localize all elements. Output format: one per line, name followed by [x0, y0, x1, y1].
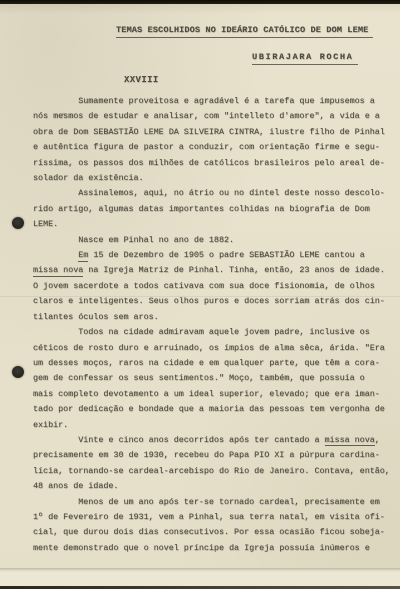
text-line: um desses moços, raros na cidade e em qu…	[33, 356, 400, 371]
text-line: mais completo devotamento a um ideal sup…	[33, 387, 400, 402]
paper-speck	[62, 113, 65, 115]
text-line: e autêntica figura de pastor a conduzir,…	[33, 140, 400, 155]
text-line: tado por dedicação e bondade que a maior…	[33, 402, 400, 417]
scanned-page: TEMAS ESCOLHIDOS NO IDEÁRIO CATÓLICO DE …	[0, 0, 400, 589]
text-line: obra de Dom SEBASTIÃO LEME DA SILVEIRA C…	[33, 125, 400, 140]
document-title: TEMAS ESCOLHIDOS NO IDEÁRIO CATÓLICO DE …	[116, 25, 373, 35]
text-line: solador da existência.	[33, 171, 400, 186]
punch-hole-bottom	[12, 366, 24, 378]
text-line: céticos de rosto duro e arruinado, os ím…	[33, 341, 400, 356]
punch-hole-top	[12, 217, 24, 229]
text-line: Assinalemos, aqui, no átrio ou no dintel…	[33, 186, 400, 201]
text-line: 1º de Fevereiro de 1931, vem a Pinhal, s…	[33, 510, 400, 525]
text-line: mente demonstrado que o novel príncipe d…	[33, 541, 400, 556]
text-line: Sumamente proveitosa e agradável é a tar…	[33, 94, 400, 109]
text-line: cial, que durou dois dias consecutivos. …	[33, 525, 400, 540]
text-line: 48 anos de idade.	[33, 479, 400, 494]
text-line: ríssima, os passos dos milhões de católi…	[33, 156, 400, 171]
text-line: rido artigo, algumas datas importantes c…	[33, 202, 400, 217]
text-line: lícia, tornando-se cardeal-arcebispo do …	[33, 464, 400, 479]
text-line: Nasce em Pinhal no ano de 1882.	[33, 233, 400, 248]
text-line: gem de confessar os seus sentimentos." M…	[33, 371, 400, 386]
text-line: Vinte e cinco anos decorridos após ter c…	[33, 433, 400, 448]
page-top-edge	[0, 0, 400, 4]
chapter-number: XXVIII	[124, 75, 159, 85]
text-line: tilantes óculos sem aros.	[33, 310, 400, 325]
paper-crease	[0, 296, 400, 298]
text-line: O jovem sacerdote a todos cativava com s…	[33, 279, 400, 294]
text-line: exibir.	[33, 418, 400, 433]
text-line: nós mesmos de estudar e analisar, com "i…	[33, 109, 400, 124]
text-line: precisamente em 30 de 1930, recebeu do P…	[33, 448, 400, 463]
document-author: UBIRAJARA ROCHA	[252, 52, 358, 62]
text-line: Todos na cidade admiravam aquele jovem p…	[33, 325, 400, 340]
document-body: Sumamente proveitosa e agradável é a tar…	[33, 94, 400, 556]
text-line: LEME.	[33, 217, 400, 232]
text-line: Em 15 de Dezembro de 1905 o padre SEBAST…	[33, 248, 400, 263]
text-line: missa nova na Igreja Matriz de Pinhal. T…	[33, 263, 400, 278]
text-line: Menos de um ano após ter-se tornado card…	[33, 495, 400, 510]
